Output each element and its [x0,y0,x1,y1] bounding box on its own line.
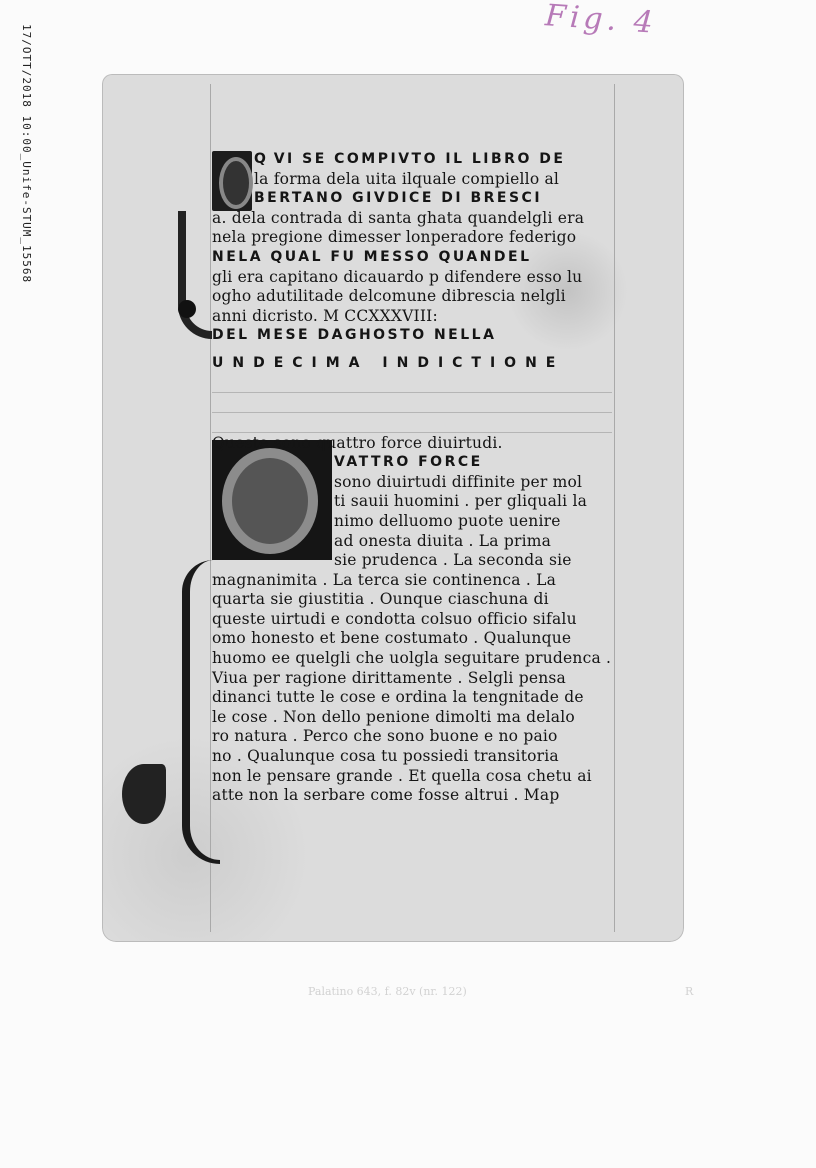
colophon-line: nela pregione dimesser lonperadore feder… [212,228,622,248]
body-line: ti sauii huomini . per gliquali la [334,492,622,512]
colophon-line: gli era capitano dicauardo p difendere e… [212,268,622,288]
handwritten-figure-note: Fig. 4 [544,0,658,41]
colophon-line: a. dela contrada di santa ghata quandelg… [212,209,622,229]
body-line: VATTRO FORCE [334,453,622,473]
flourish-terminal [178,300,196,318]
body-line: omo honesto et bene costumato . Qualunqu… [212,629,622,649]
body-line: quarta sie giustitia . Ounque ciaschuna … [212,590,622,610]
body-line: huomo ee quelgli che uolgla seguitare pr… [212,649,622,669]
body-line: sono diuirtudi diffinite per mol [334,473,622,493]
initial-flourish [178,211,212,339]
colophon-line: la forma dela uita ilquale compiello al [212,170,622,190]
colophon-line: anni dicristo. M CCXXXVIII: [212,307,622,327]
body-line: Viua per ragione dirittamente . Selgli p… [212,669,622,689]
body-line: queste uirtudi e condotta colsuo officio… [212,610,622,630]
colophon-line: DEL MESE DAGHOSTO NELLA [212,326,622,346]
colophon-line: ogho adutilitade delcomune dibrescia nel… [212,287,622,307]
manuscript-text: Q VI SE COMPIVTO IL LIBRO DE la forma de… [212,150,622,806]
chapter-heading: Queste sono quattro force diuirtudi. [212,434,622,454]
body-line: no . Qualunque cosa tu possiedi transito… [212,747,622,767]
colophon-line: BERTANO GIVDICE DI BRESCI [212,189,622,209]
colophon-line: NELA QUAL FU MESSO QUANDEL [212,248,622,268]
body-line: sie prudenca . La seconda sie [334,551,622,571]
flourish-leaf [122,764,166,824]
body-line: ro natura . Perco che sono buone e no pa… [212,727,622,747]
body-line: dinanci tutte le cose e ordina la tengni… [212,688,622,708]
colophon-line: UNDECIMA INDICTIONE [212,354,622,374]
body-line: atte non la serbare come fosse altrui . … [212,786,622,806]
manuscript-plate: Q VI SE COMPIVTO IL LIBRO DE la forma de… [102,74,684,942]
body-line: non le pensare grande . Et quella cosa c… [212,767,622,787]
body-line: le cose . Non dello penione dimolti ma d… [212,708,622,728]
scan-stamp: 17/OTT/2018 10:00_Unife-STUM_15568 [20,24,33,283]
plate-letter: R [685,985,693,998]
body-line: magnanimita . La terca sie continenca . … [212,571,622,591]
body-line: nimo delluomo puote uenire [334,512,622,532]
body-line: ad onesta diuita . La prima [334,532,622,552]
plate-caption: Palatino 643, f. 82v (nr. 122) [308,985,467,998]
colophon-line: Q VI SE COMPIVTO IL LIBRO DE [212,150,622,170]
